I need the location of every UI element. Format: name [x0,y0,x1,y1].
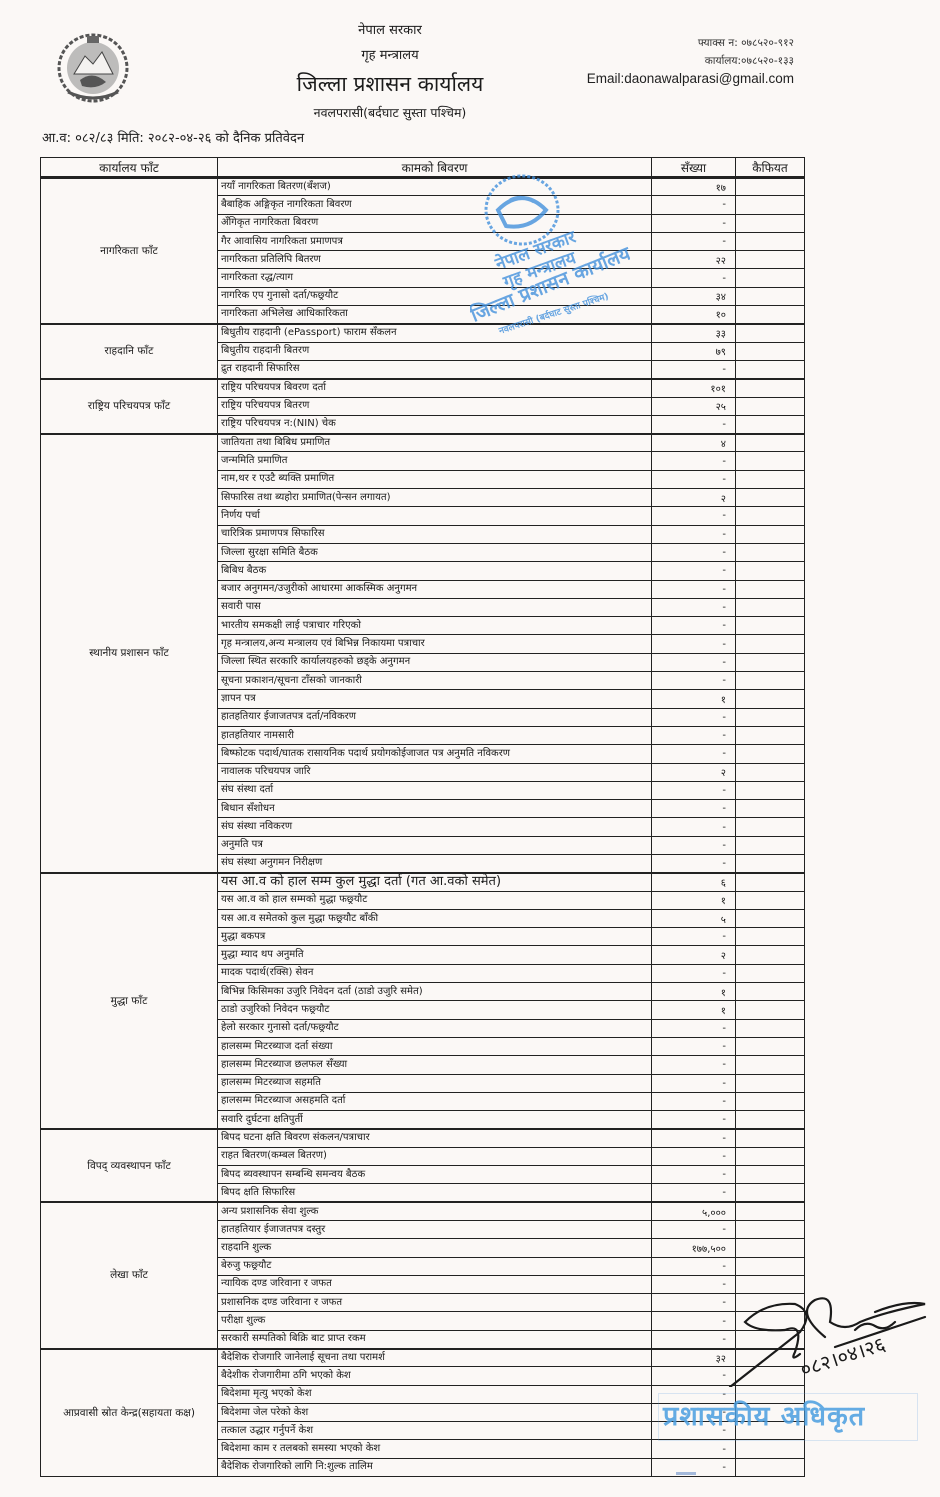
work-count: - [652,1367,736,1385]
work-count: - [652,672,736,690]
remarks-cell [736,763,805,781]
ministry-name: गृह मन्त्रालय [240,47,540,65]
work-count: - [652,1166,736,1184]
work-description: हातहतियार ईजाजतपत्र दस्तुर [218,1220,652,1238]
work-count: - [652,800,736,818]
remarks-cell [736,617,805,635]
remarks-cell [736,324,805,342]
remarks-cell [736,1330,805,1348]
work-description: हालसम्म मिटरब्याज असहमति दर्ता [218,1092,652,1110]
work-description: हातहतियार ईजाजतपत्र दर्ता/नविकरण [218,708,652,726]
remarks-cell [736,1349,805,1367]
remarks-cell [736,1019,805,1037]
work-count: - [652,1074,736,1092]
nepal-emblem-icon [52,30,134,104]
remarks-cell [736,251,805,269]
work-count: ३२ [652,1349,736,1367]
remarks-cell [736,562,805,580]
work-count: - [652,196,736,214]
table-row: नागरिकता फाँटनयाँ नागरिकता बितरण(बँशज)१७ [41,178,805,196]
work-description: बिदेशमा काम र तलबको समस्या भएको केश [218,1440,652,1458]
table-row: विपद् व्यवस्थापन फाँटबिपद घटना क्षति बिव… [41,1129,805,1147]
work-description: द्रुत राहदानी सिफारिस [218,360,652,378]
work-description: बैबाहिक अङ्गिकृत नागरिकता बिवरण [218,196,652,214]
work-description: तत्काल उद्धार गर्नुपर्ने केश [218,1422,652,1440]
remarks-cell [736,928,805,946]
work-description: प्रशासनिक दण्ड जरिवाना र जफत [218,1294,652,1312]
work-count: - [652,1056,736,1074]
section-name: आप्रवासी स्रोत केन्द्र(सहायता कक्ष) [41,1349,218,1477]
remarks-cell [736,178,805,196]
remarks-cell [736,1275,805,1293]
work-count: ७९ [652,342,736,360]
work-count: १ [652,983,736,1001]
remarks-cell [736,434,805,452]
work-description: अन्य प्रशासनिक सेवा शुल्क [218,1202,652,1220]
work-description: हातहतियार नामसारी [218,726,652,744]
work-description: नागरिकता रद्ध/त्याग [218,269,652,287]
work-count: २ [652,763,736,781]
work-description: ठाडो उजुरिको निवेदन फछ्र्यौट [218,1001,652,1019]
remarks-cell [736,214,805,232]
daily-report-table: कार्यालय फाँट कामको बिवरण सँख्या कैफियत … [40,157,805,1477]
work-description: नाम,थर र एउटै ब्यक्ति प्रमाणित [218,470,652,488]
work-count: - [652,562,736,580]
work-count: १ [652,1001,736,1019]
work-count: - [652,507,736,525]
work-count: - [652,1037,736,1055]
contact-block: फ्याक्स न: ०७८५२०-९१२ कार्यालय:०७८५२०-१३… [587,34,794,88]
work-description: हालसम्म मिटरब्याज दर्ता संख्या [218,1037,652,1055]
table-row: मुद्धा फाँटयस आ.व को हाल सम्म कुल मुद्धा… [41,873,805,891]
remarks-cell [736,342,805,360]
work-count: - [652,928,736,946]
remarks-cell [736,854,805,872]
work-count: - [652,1440,736,1458]
remarks-cell [736,983,805,1001]
work-count: - [652,1111,736,1129]
remarks-cell [736,1422,805,1440]
work-description: हेलो सरकार गुनासो दर्ता/फछ्र्यौट [218,1019,652,1037]
remarks-cell [736,1184,805,1202]
work-description: सवारि दुर्घटना क्षतिपुर्ती [218,1111,652,1129]
work-description: जातियता तथा बिबिध प्रमाणित [218,434,652,452]
work-count: - [652,708,736,726]
table-row: राष्ट्रिय परिचयपत्र फाँटराष्ट्रिय परिचयप… [41,379,805,397]
work-description: भारतीय समकक्षी लाई पत्राचार गरिएको [218,617,652,635]
remarks-cell [736,1239,805,1257]
work-description: बिष्फोटक पदार्थ/घातक रासायनिक पदार्थ प्र… [218,745,652,763]
work-count: - [652,269,736,287]
remarks-cell [736,690,805,708]
work-description: संघ संस्था नविकरण [218,818,652,836]
remarks-cell [736,306,805,324]
remarks-cell [736,1056,805,1074]
table-header-row: कार्यालय फाँट कामको बिवरण सँख्या कैफियत [41,158,805,178]
remarks-cell [736,1074,805,1092]
remarks-cell [736,1312,805,1330]
remarks-cell [736,818,805,836]
remarks-cell [736,1129,805,1147]
remarks-cell [736,800,805,818]
work-description: गृह मन्त्रालय,अन्य मन्त्रालय एवं बिभिन्न… [218,635,652,653]
work-count: - [652,1275,736,1293]
remarks-cell [736,1458,805,1476]
work-count: ५,००० [652,1202,736,1220]
work-count: - [652,1422,736,1440]
remarks-cell [736,415,805,433]
remarks-cell [736,1220,805,1238]
remarks-cell [736,1294,805,1312]
work-count: - [652,214,736,232]
work-count: २५ [652,397,736,415]
work-description: बिभिन्न किसिमका उजुरि निवेदन दर्ता (ठाडो… [218,983,652,1001]
letterhead: नेपाल सरकार गृह मन्त्रालय जिल्ला प्रशासन… [0,0,940,150]
work-count: - [652,745,736,763]
work-count: १ [652,690,736,708]
section-name: नागरिकता फाँट [41,178,218,324]
work-description: नागरिकता अभिलेख आधिकारिकता [218,306,652,324]
work-count: - [652,1019,736,1037]
remarks-cell [736,598,805,616]
work-count: ३३ [652,324,736,342]
column-header-description: कामको बिवरण [218,158,652,178]
remarks-cell [736,1367,805,1385]
work-count: ४ [652,434,736,452]
work-count: - [652,1092,736,1110]
work-count: १७ [652,178,736,196]
work-count: - [652,1312,736,1330]
work-description: मुद्धा बकपत्र [218,928,652,946]
work-description: बेरुजु फछ्र्यौट [218,1257,652,1275]
work-count: - [652,598,736,616]
remarks-cell [736,653,805,671]
office-title-block: नेपाल सरकार गृह मन्त्रालय जिल्ला प्रशासन… [240,20,540,122]
remarks-cell [736,543,805,561]
work-description: यस आ.व को हाल सम्मको मुद्धा फछ्र्यौट [218,891,652,909]
work-description: सिफारिस तथा ब्यहोरा प्रमाणित(पेन्सन लगाय… [218,489,652,507]
office-phone: कार्यालय:०७८५२०-१३३ [587,52,794,70]
remarks-cell [736,1147,805,1165]
remarks-cell [736,507,805,525]
work-description: राष्ट्रिय परिचयपत्र बितरण [218,397,652,415]
remarks-cell [736,635,805,653]
work-count: - [652,543,736,561]
report-title: आ.व: ०८२/८३ मिति: २०८२-०४-२६ को दैनिक प्… [42,130,304,148]
remarks-cell [736,1440,805,1458]
work-count: - [652,635,736,653]
remarks-cell [736,708,805,726]
work-count: ३४ [652,287,736,305]
work-count: - [652,1257,736,1275]
work-count: - [652,1330,736,1348]
table-row: स्थानीय प्रशासन फाँटजातियता तथा बिबिध प्… [41,434,805,452]
table-row: राहदानि फाँटबिधुतीय राहदानी (ePassport) … [41,324,805,342]
work-count: - [652,452,736,470]
work-description: बिबिध बैठक [218,562,652,580]
remarks-cell [736,196,805,214]
remarks-cell [736,836,805,854]
work-count: - [652,854,736,872]
work-count: - [652,415,736,433]
work-count: १०१ [652,379,736,397]
work-description: बिपद घटना क्षति बिवरण संकलन/पत्राचार [218,1129,652,1147]
work-count: २२ [652,251,736,269]
remarks-cell [736,379,805,397]
section-name: राहदानि फाँट [41,324,218,379]
government-name: नेपाल सरकार [240,22,540,40]
remarks-cell [736,525,805,543]
work-description: नयाँ नागरिकता बितरण(बँशज) [218,178,652,196]
work-description: राहदानि शुल्क [218,1239,652,1257]
remarks-cell [736,1092,805,1110]
remarks-cell [736,891,805,909]
work-count: - [652,580,736,598]
table-row: लेखा फाँटअन्य प्रशासनिक सेवा शुल्क५,००० [41,1202,805,1220]
column-header-section: कार्यालय फाँट [41,158,218,178]
work-description: हालसम्म मिटरब्याज सहमति [218,1074,652,1092]
work-description: संघ संस्था अनुगमन निरीक्षण [218,854,652,872]
work-count: - [652,726,736,744]
work-description: बिपद ब्यवस्थापन सम्बन्धि समन्वय बैठक [218,1166,652,1184]
work-description: निर्णय पर्चा [218,507,652,525]
work-count: १ [652,891,736,909]
remarks-cell [736,1202,805,1220]
work-description: बजार अनुगमन/उजुरीको आधारमा आकस्मिक अनुगम… [218,580,652,598]
remarks-cell [736,1257,805,1275]
work-description: बिपद क्षति सिफारिस [218,1184,652,1202]
work-description: बैदेशीक रोजगारीमा ठगि भएको केश [218,1367,652,1385]
remarks-cell [736,1111,805,1129]
work-description: यस आ.व को हाल सम्म कुल मुद्धा दर्ता (गत … [218,873,652,891]
work-description: संघ संस्था दर्ता [218,781,652,799]
section-name: स्थानीय प्रशासन फाँट [41,434,218,873]
work-description: अनुमति पत्र [218,836,652,854]
remarks-cell [736,287,805,305]
work-count: १० [652,306,736,324]
work-count: - [652,525,736,543]
remarks-cell [736,452,805,470]
table-row: आप्रवासी स्रोत केन्द्र(सहायता कक्ष)बैदेश… [41,1349,805,1367]
svg-text:०८२।०४।२६: ०८२।०४।२६ [797,1332,888,1382]
table-body: नागरिकता फाँटनयाँ नागरिकता बितरण(बँशज)१७… [41,178,805,1477]
work-count: - [652,1184,736,1202]
work-description: परीक्षा शुल्क [218,1312,652,1330]
work-description: चारित्रिक प्रमाणपत्र सिफारिस [218,525,652,543]
work-description: बैदेशिक रोजगारिको लागि नि:शुल्क तालिम [218,1458,652,1476]
remarks-cell [736,470,805,488]
remarks-cell [736,360,805,378]
work-count: ५ [652,909,736,927]
work-count: ६ [652,873,736,891]
work-count: - [652,781,736,799]
section-name: लेखा फाँट [41,1202,218,1348]
work-count: १७७,५०० [652,1239,736,1257]
work-description: बिदेशमा जेल परेको केश [218,1403,652,1421]
work-description: नागरिक एप गुनासो दर्ता/फछ्र्यौट [218,287,652,305]
work-description: राष्ट्रिय परिचयपत्र न:(NIN) चेक [218,415,652,433]
work-description: बिदेशमा मृत्यु भएको केश [218,1385,652,1403]
remarks-cell [736,873,805,891]
work-description: सवारी पास [218,598,652,616]
work-count: - [652,1129,736,1147]
work-description: यस आ.व समेतको कुल मुद्धा फछ्र्यौट बाँकी [218,909,652,927]
work-description: राहत बितरण(कम्बल बितरण) [218,1147,652,1165]
work-count: - [652,964,736,982]
work-count: - [652,470,736,488]
section-name: राष्ट्रिय परिचयपत्र फाँट [41,379,218,434]
work-description: जिल्ला स्थित सरकारि कार्यालयहरुको छड्के … [218,653,652,671]
column-header-count: सँख्या [652,158,736,178]
email-address: Email:daonawalparasi@gmail.com [587,70,794,88]
remarks-cell [736,1001,805,1019]
work-count: - [652,1220,736,1238]
work-count: - [652,1403,736,1421]
work-description: ज्ञापन पत्र [218,690,652,708]
work-count: २ [652,489,736,507]
work-count: - [652,1385,736,1403]
section-name: विपद् व्यवस्थापन फाँट [41,1129,218,1202]
work-count: २ [652,946,736,964]
work-count: - [652,1147,736,1165]
column-header-remarks: कैफियत [736,158,805,178]
remarks-cell [736,1403,805,1421]
remarks-cell [736,726,805,744]
work-description: जन्ममिति प्रमाणित [218,452,652,470]
remarks-cell [736,580,805,598]
remarks-cell [736,964,805,982]
remarks-cell [736,397,805,415]
office-name: जिल्ला प्रशासन कार्यालय [240,70,540,98]
work-count: - [652,232,736,250]
work-description: बैदेशिक रोजगारि जानेलाई सूचना तथा परामर्… [218,1349,652,1367]
work-description: सूचना प्रकाशन/सूचना टाँसको जानकारी [218,672,652,690]
ink-smudge [676,1472,696,1475]
remarks-cell [736,232,805,250]
work-description: बिधुतीय राहदानी बितरण [218,342,652,360]
work-description: अँगिकृत नागरिकता बिवरण [218,214,652,232]
work-description: नावालक परिचयपत्र जारि [218,763,652,781]
work-count: - [652,1294,736,1312]
work-description: गैर आवासिय नागरिकता प्रमाणपत्र [218,232,652,250]
remarks-cell [736,489,805,507]
remarks-cell [736,909,805,927]
remarks-cell [736,781,805,799]
work-description: न्यायिक दण्ड जरिवाना र जफत [218,1275,652,1293]
work-description: सरकारी सम्पतिको बिक्रि बाट प्राप्त रकम [218,1330,652,1348]
work-count: - [652,360,736,378]
remarks-cell [736,1385,805,1403]
work-description: बिधान सँशोधन [218,800,652,818]
remarks-cell [736,672,805,690]
work-description: हालसम्म मिटरब्याज छलफल सँख्या [218,1056,652,1074]
fax-number: फ्याक्स न: ०७८५२०-९१२ [587,34,794,52]
remarks-cell [736,745,805,763]
district-name: नवलपरासी(बर्दघाट सुस्ता पश्चिम) [240,104,540,122]
work-count: - [652,836,736,854]
section-name: मुद्धा फाँट [41,873,218,1129]
work-description: राष्ट्रिय परिचयपत्र बिवरण दर्ता [218,379,652,397]
work-description: नागरिकता प्रतिलिपि बितरण [218,251,652,269]
remarks-cell [736,269,805,287]
remarks-cell [736,946,805,964]
work-description: जिल्ला सुरक्षा समिति बैठक [218,543,652,561]
remarks-cell [736,1166,805,1184]
work-count: - [652,818,736,836]
work-description: बिधुतीय राहदानी (ePassport) फाराम सँकलन [218,324,652,342]
work-description: मुद्धा म्याद थप अनुमति [218,946,652,964]
remarks-cell [736,1037,805,1055]
work-count: - [652,653,736,671]
work-description: मादक पदार्थ(रक्सि) सेवन [218,964,652,982]
work-count: - [652,617,736,635]
